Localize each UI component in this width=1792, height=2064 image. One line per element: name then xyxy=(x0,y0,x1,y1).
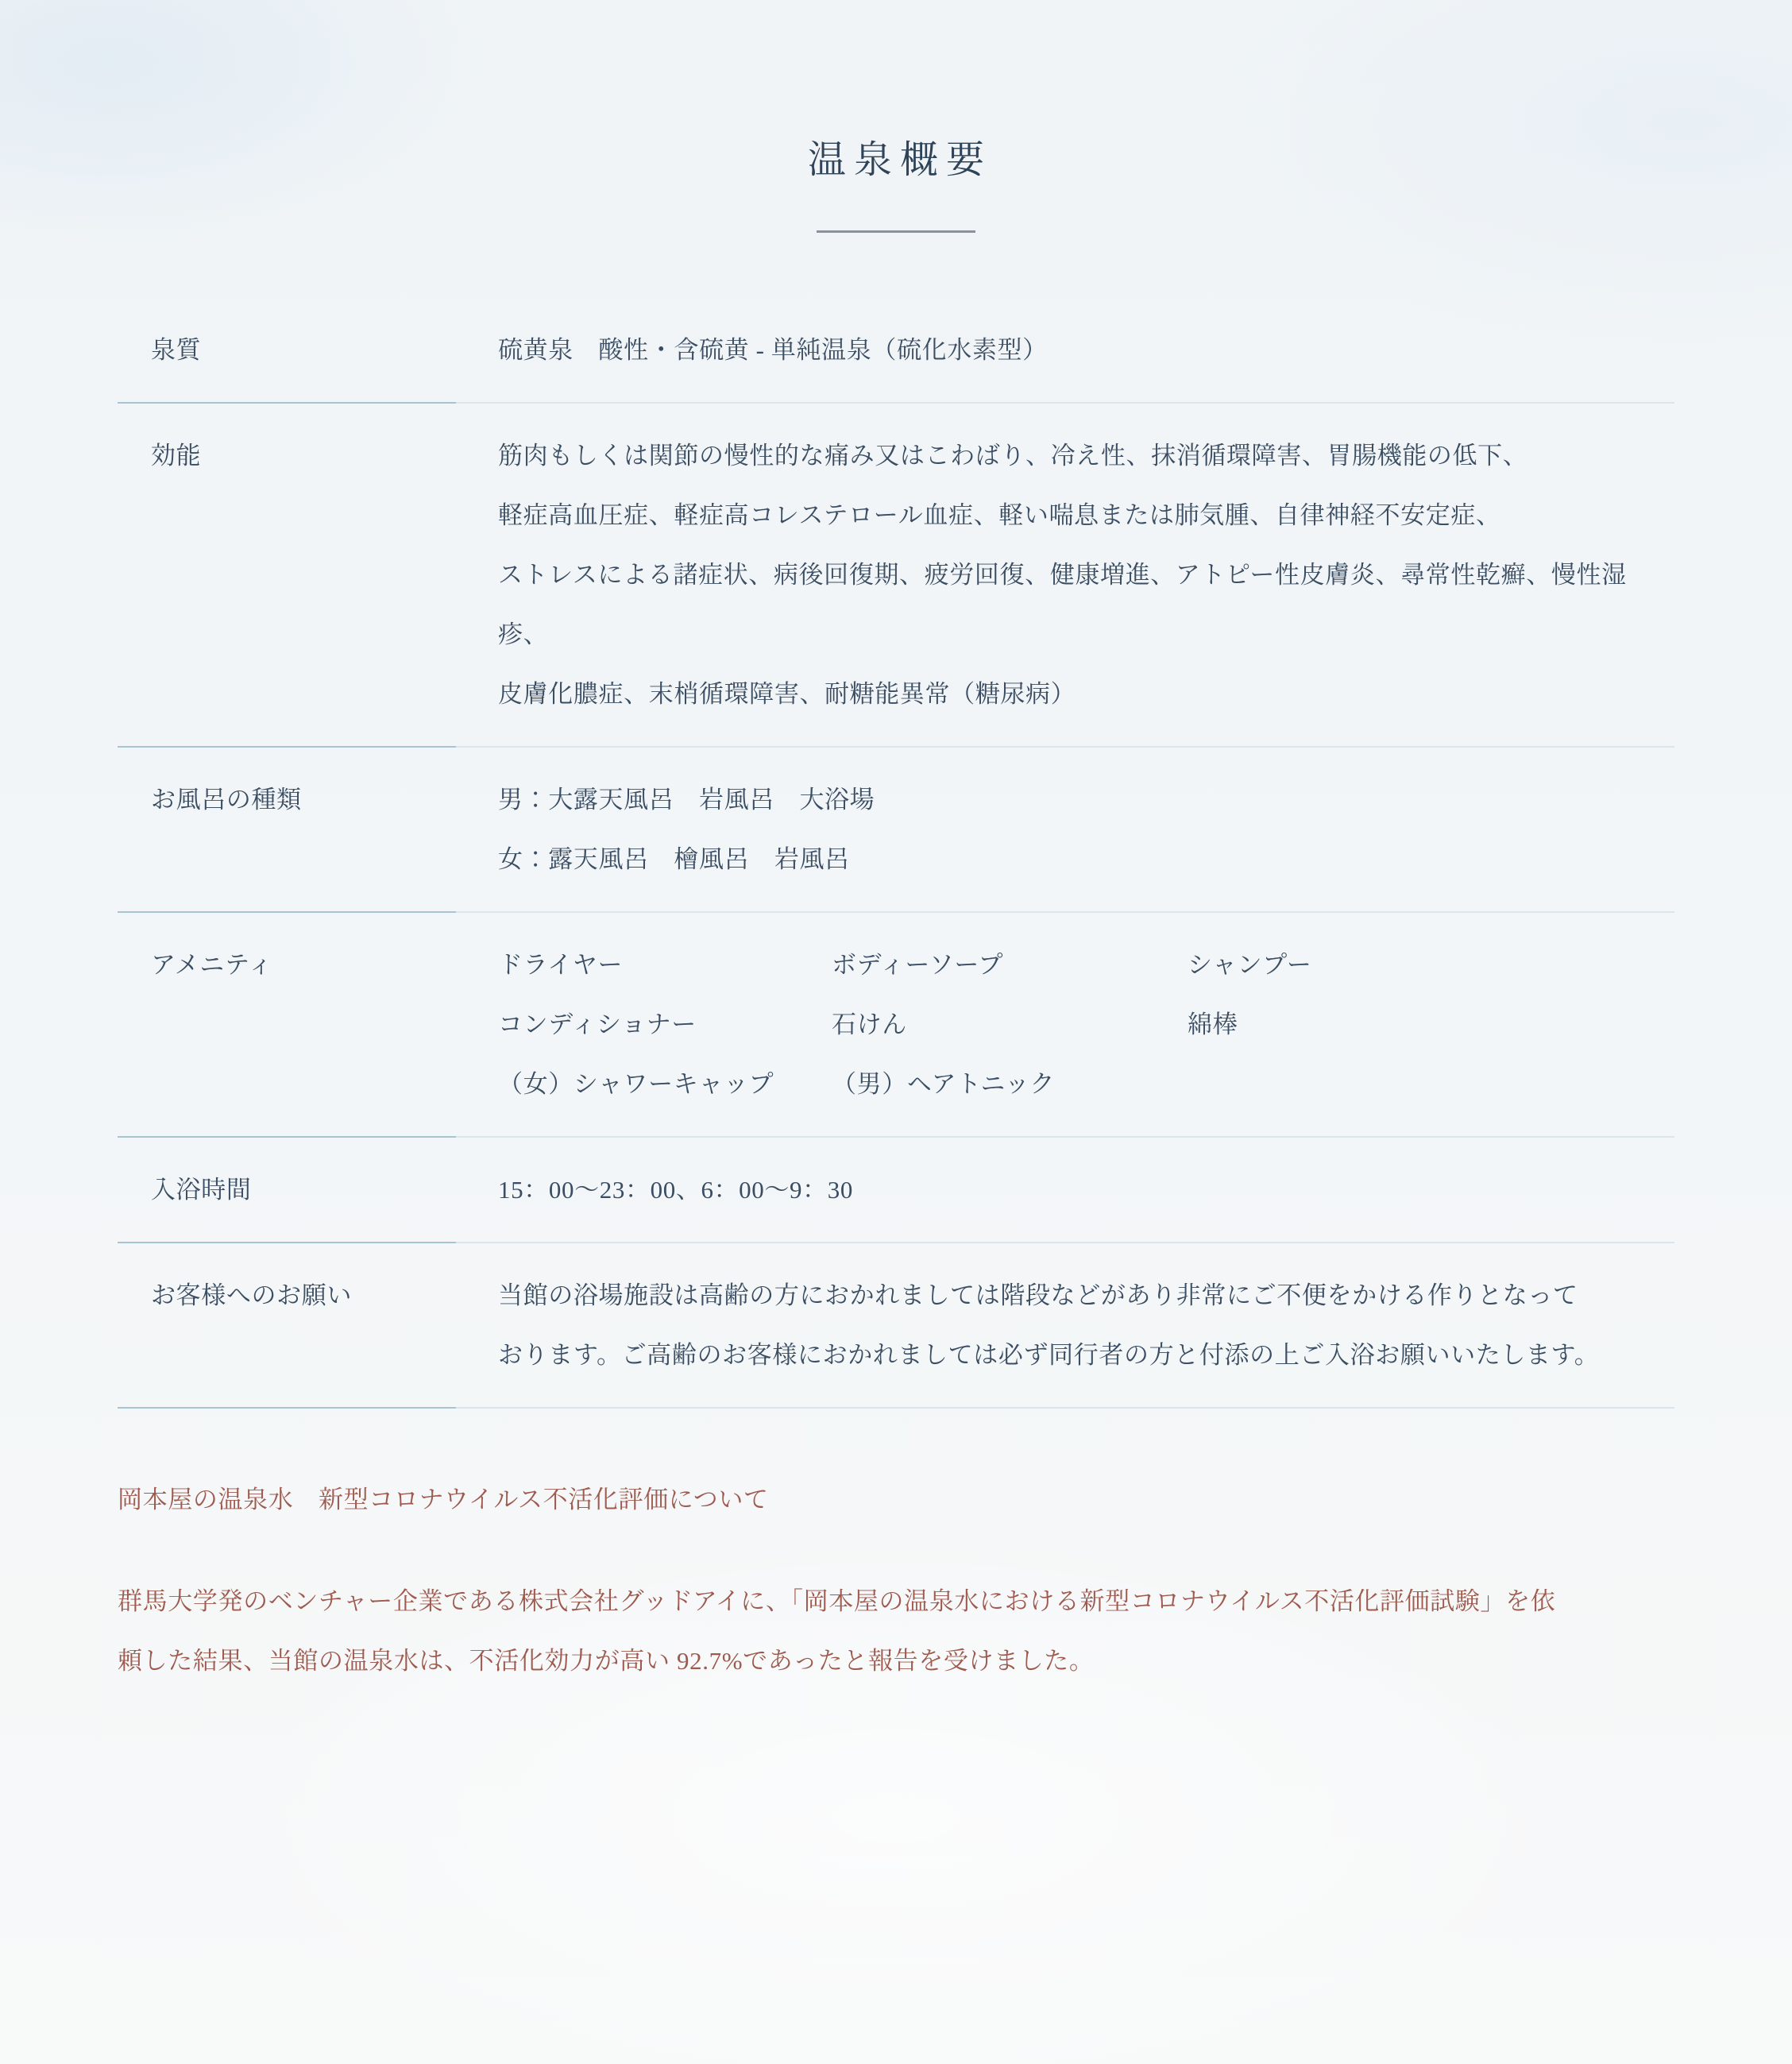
onsen-overview-section: 温泉概要 泉質 硫黄泉 酸性・含硫黄 - 単純温泉（硫化水素型） 効能 筋肉もし… xyxy=(118,141,1674,1691)
amenity-grid: ドライヤー ボディーソープ シャンプー コンディショナー 石けん 綿棒 （女）シ… xyxy=(456,913,1674,1138)
page-title: 温泉概要 xyxy=(118,141,1674,180)
spec-label: 泉質 xyxy=(118,298,456,404)
amenity-item: （女）シャワーキャップ xyxy=(498,1054,832,1114)
spec-value: 筋肉もしくは関節の慢性的な痛み又はこわばり、冷え性、抹消循環障害、胃腸機能の低下… xyxy=(456,404,1674,748)
amenity-item: ボディーソープ xyxy=(832,935,1188,995)
spec-value: 当館の浴場施設は高齢の方におかれましては階段などがあり非常にご不便をかける作りと… xyxy=(456,1243,1674,1409)
spec-value: 男：大露天風呂 岩風呂 大浴場 女：露天風呂 檜風呂 岩風呂 xyxy=(456,748,1674,913)
spec-label: 入浴時間 xyxy=(118,1138,456,1243)
spec-table: 泉質 硫黄泉 酸性・含硫黄 - 単純温泉（硫化水素型） 効能 筋肉もしくは関節の… xyxy=(118,298,1674,1409)
spec-row-benefits: 効能 筋肉もしくは関節の慢性的な痛み又はこわばり、冷え性、抹消循環障害、胃腸機能… xyxy=(118,404,1674,748)
amenity-item: 綿棒 xyxy=(1188,995,1674,1054)
spec-row-guest-request: お客様へのお願い 当館の浴場施設は高齢の方におかれましては階段などがあり非常にご… xyxy=(118,1243,1674,1409)
covid-notice: 岡本屋の温泉水 新型コロナウイルス不活化評価について 群馬大学発のベンチャー企業… xyxy=(118,1485,1674,1691)
spec-label: 効能 xyxy=(118,404,456,748)
amenity-item: （男）ヘアトニック xyxy=(832,1054,1188,1114)
spec-row-bathing-hours: 入浴時間 15：00～23：00、6：00～9：30 xyxy=(118,1138,1674,1243)
amenity-item: コンディショナー xyxy=(498,995,832,1054)
spec-row-bath-types: お風呂の種類 男：大露天風呂 岩風呂 大浴場 女：露天風呂 檜風呂 岩風呂 xyxy=(118,748,1674,913)
amenity-item: シャンプー xyxy=(1188,935,1674,995)
spec-value: 15：00～23：00、6：00～9：30 xyxy=(456,1138,1674,1243)
covid-notice-heading: 岡本屋の温泉水 新型コロナウイルス不活化評価について xyxy=(118,1485,1674,1514)
spec-row-amenities: アメニティ ドライヤー ボディーソープ シャンプー コンディショナー 石けん 綿… xyxy=(118,913,1674,1138)
covid-notice-body: 群馬大学発のベンチャー企業である株式会社グッドアイに、「岡本屋の温泉水における新… xyxy=(118,1571,1674,1691)
spec-label: アメニティ xyxy=(118,913,456,1138)
spec-row-spring-quality: 泉質 硫黄泉 酸性・含硫黄 - 単純温泉（硫化水素型） xyxy=(118,298,1674,404)
spec-label: お客様へのお願い xyxy=(118,1243,456,1409)
amenity-item: 石けん xyxy=(832,995,1188,1054)
spec-label: お風呂の種類 xyxy=(118,748,456,913)
spec-value: 硫黄泉 酸性・含硫黄 - 単純温泉（硫化水素型） xyxy=(456,298,1674,404)
amenity-item: ドライヤー xyxy=(498,935,832,995)
title-divider xyxy=(817,230,975,233)
